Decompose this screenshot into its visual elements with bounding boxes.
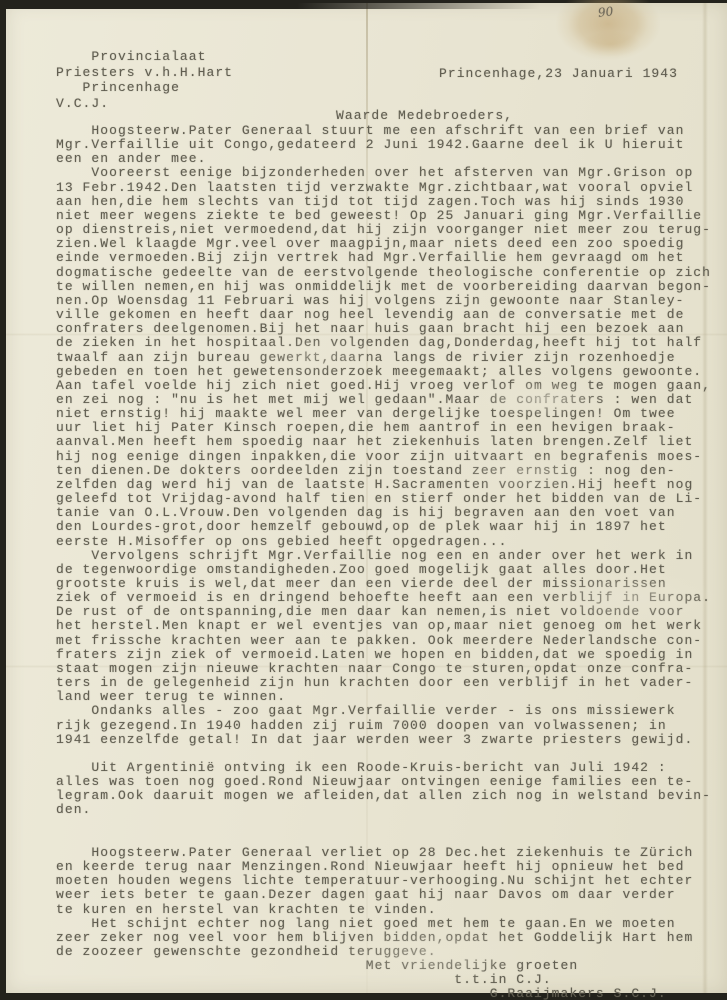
letter-line: den. [56, 803, 727, 817]
letter-line: zien.Wel klaagde Mgr.veel over maagpijn,… [56, 237, 727, 251]
letter-line: weer iets beter te gaan.Dezer dagen gaat… [56, 888, 727, 902]
letter-line: den Lourdes-grot,door hemzelf gebouwd,op… [56, 520, 727, 534]
letter-line: Het schijnt echter nog lang niet goed me… [56, 917, 727, 931]
letter-line: en zei nog : "nu is het met mij wel geda… [56, 393, 727, 407]
letter-line: gebeden en toen het gewetensonderzoek me… [56, 365, 727, 379]
letter-line: 13 Febr.1942.Den laatsten tijd verzwakte… [56, 181, 727, 195]
letter-line [56, 832, 727, 846]
letter-line: 1941 eenzelfde getal! In dat jaar werden… [56, 733, 727, 747]
letter-line: en keerde terug naar Menzingen.Rond Nieu… [56, 860, 727, 874]
letter-line: het herstel.Men knapt er wel eventjes va… [56, 619, 727, 633]
letter-line: De rust of de ontspanning,die men daar k… [56, 605, 727, 619]
letter-line: te kuren en herstel van krachten te vind… [56, 903, 727, 917]
letterhead: ProvincialaatPriesters v.h.H.Hart Prince… [56, 49, 233, 111]
letter-line: niet meer wegens ziekte te bed geweest! … [56, 209, 727, 223]
letter-line: nen.Op Woensdag 11 Februari was hij volg… [56, 294, 727, 308]
coffee-stain-edge [581, 31, 641, 57]
letter-line: dogmatische gedeelte van de eerstvolgend… [56, 266, 727, 280]
letter-line: niet ernstig! hij maakte wel meer van de… [56, 407, 727, 421]
letter-line: Mgr.Verfaillie uit Congo,gedateerd 2 Jun… [56, 138, 727, 152]
date-line: Princenhage,23 Januari 1943 [439, 67, 678, 81]
letter-line: t.t.in C.J. [56, 973, 727, 987]
letter-line: alles was toen nog goed.Rond Nieuwjaar o… [56, 775, 727, 789]
scanned-letter-page: { "colors": { "paper": "#e9e5d3", "ink":… [0, 0, 727, 1000]
letter-line: tanie van O.L.Vrouw.Den volgenden dag is… [56, 506, 727, 520]
letter-line: eerste H.Misoffer op ons gebied heeft op… [56, 535, 727, 549]
document-paper: 90 ProvincialaatPriesters v.h.H.Hart Pri… [6, 3, 727, 993]
letter-line: geleefd tot Vrijdag-avond half tien en s… [56, 492, 727, 506]
letterhead-line: Princenhage [56, 80, 233, 96]
letter-line [56, 747, 727, 761]
letter-line: staat mogen zijn nieuwe krachten naar Co… [56, 662, 727, 676]
letterhead-line: Provincialaat [56, 49, 233, 65]
letter-line: Vooreerst eenige bijzonderheden over het… [56, 166, 727, 180]
letter-line: grootste kruis is wel,dat meer dan een v… [56, 577, 727, 591]
letter-line: moeten houden wegens lichte temperatuur-… [56, 874, 727, 888]
letter-line: Hoogsteerw.Pater Generaal verliet op 28 … [56, 846, 727, 860]
letter-line: fraters zijn ziek of vermoeid.Laten we h… [56, 648, 727, 662]
letter-line: hij nog eenige dingen inpakken,die voor … [56, 450, 727, 464]
letter-line: G.Raaijmakers S.C.J. [56, 987, 727, 1000]
letter-line: legram.Ook daaruit mogen we afleiden,dat… [56, 789, 727, 803]
letterhead-line: V.C.J. [56, 96, 233, 112]
letter-line: uur liet hij Pater Kinsch roepen,die hem… [56, 421, 727, 435]
letter-line: zelfden dag werd hij van de laatste H.Sa… [56, 478, 727, 492]
letter-line: aanval.Men heeft hem spoedig naar het zi… [56, 435, 727, 449]
salutation: Waarde Medebroeders, [336, 109, 513, 123]
letter-line: Vervolgens schrijft Mgr.Verfaillie nog e… [56, 549, 727, 563]
letter-line: Aan tafel voelde hij zich niet goed.Hij … [56, 379, 727, 393]
letter-line: Met vriendelijke groeten [56, 959, 727, 973]
letter-line: ten dienen.De dokters oordeelden zijn to… [56, 464, 727, 478]
letter-line: ziek of vermoeid is en dringend behoefte… [56, 591, 727, 605]
letter-line: aan hen,die hem slechts van tijd tot tij… [56, 195, 727, 209]
letter-line [56, 818, 727, 832]
letter-line: te willen nemen,en hij was onmiddelijk m… [56, 280, 727, 294]
letter-body: Hoogsteerw.Pater Generaal stuurt me een … [56, 124, 727, 1000]
letter-line: met frissche krachten weer aan te pakken… [56, 634, 727, 648]
letter-line: Uit Argentinië ontving ik een Roode-Krui… [56, 761, 727, 775]
letter-line: land weer terug te winnen. [56, 690, 727, 704]
letter-line: de zoozeer gewenschte gezondheid terugge… [56, 945, 727, 959]
handwritten-page-number: 90 [597, 4, 614, 20]
letter-line: twaalf aan zijn bureau gewerkt,daarna la… [56, 351, 727, 365]
letter-line: Ondanks alles - zoo gaat Mgr.Verfaillie … [56, 704, 727, 718]
letter-line: ville gekomen en heeft daar nog heel lev… [56, 308, 727, 322]
letter-line: Hoogsteerw.Pater Generaal stuurt me een … [56, 124, 727, 138]
letterhead-line: Priesters v.h.H.Hart [56, 65, 233, 81]
letter-line: einde vermoeden.Bij zijn vertrek had Mgr… [56, 251, 727, 265]
letter-line: zeer zeker nog veel voor hem blijven bid… [56, 931, 727, 945]
letter-line: op dienstreis,niet vermoedend,dat hij zi… [56, 223, 727, 237]
letter-line: rijk gezegend.In 1940 hadden zij ruim 70… [56, 719, 727, 733]
letter-line: de zieken in het hospitaal.Den volgenden… [56, 336, 727, 350]
letter-line: confraters deelgenomen.Bij het naar huis… [56, 322, 727, 336]
letter-line: de tegenwoordige omstandigheden.Zoo goed… [56, 563, 727, 577]
letter-line: ters in de gelegenheid zijn hun krachten… [56, 676, 727, 690]
letter-line: een en ander mee. [56, 152, 727, 166]
